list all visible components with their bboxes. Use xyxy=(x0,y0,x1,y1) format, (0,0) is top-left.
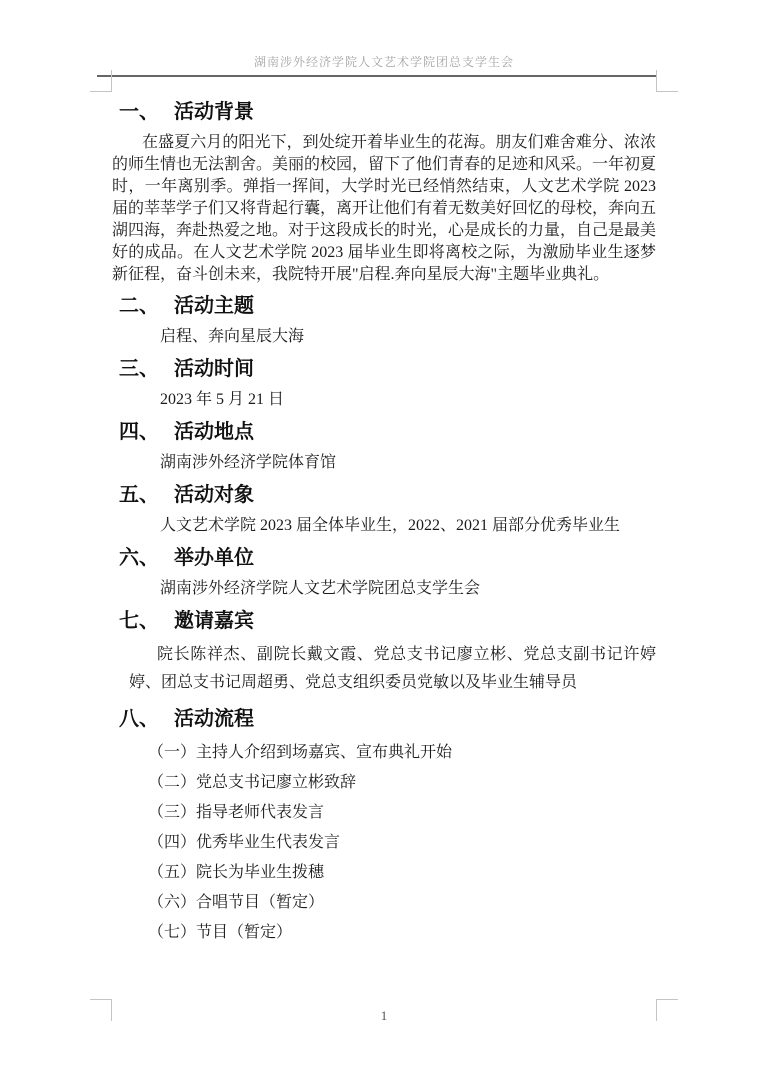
section-heading-guests: 七、邀请嘉宾 xyxy=(112,607,656,635)
running-header: 湖南涉外经济学院人文艺术学院团总支学生会 xyxy=(0,53,768,70)
document-body: 一、活动背景 在盛夏六月的阳光下，到处绽开着毕业生的花海。朋友们难舍难分、浓浓的… xyxy=(112,92,656,952)
section-heading-location: 四、活动地点 xyxy=(112,418,656,446)
flow-step-1: （一）主持人介绍到场嘉宾、宣布典礼开始 xyxy=(112,742,656,763)
section-heading-audience: 五、活动对象 xyxy=(112,481,656,509)
section-title: 举办单位 xyxy=(174,547,254,569)
section-title: 活动背景 xyxy=(174,101,254,123)
section-heading-process: 八、活动流程 xyxy=(112,705,656,733)
section-number: 三、 xyxy=(119,355,159,383)
section-number: 七、 xyxy=(119,607,159,635)
flow-step-4: （四）优秀毕业生代表发言 xyxy=(112,832,656,853)
section-number: 二、 xyxy=(119,292,159,320)
section-heading-theme: 二、活动主题 xyxy=(112,292,656,320)
flow-step-7: （七）节目（暂定） xyxy=(112,922,656,943)
flow-step-3: （三）指导老师代表发言 xyxy=(112,802,656,823)
section-number: 六、 xyxy=(119,544,159,572)
time-text: 2023 年 5 月 21 日 xyxy=(112,389,656,410)
text-boundary-mark-top-left xyxy=(90,70,112,92)
theme-text: 启程、奔向星辰大海 xyxy=(112,326,656,347)
location-text: 湖南涉外经济学院体育馆 xyxy=(112,452,656,473)
section-number: 五、 xyxy=(119,481,159,509)
section-title: 活动对象 xyxy=(174,484,254,506)
document-page: 湖南涉外经济学院人文艺术学院团总支学生会 一、活动背景 在盛夏六月的阳光下，到处… xyxy=(0,0,768,1087)
flow-step-6: （六）合唱节目（暂定） xyxy=(112,892,656,913)
flow-step-2: （二）党总支书记廖立彬致辞 xyxy=(112,772,656,793)
page-number: 1 xyxy=(0,1008,768,1024)
organizer-text: 湖南涉外经济学院人文艺术学院团总支学生会 xyxy=(112,578,656,599)
section-heading-background: 一、活动背景 xyxy=(112,98,656,126)
background-paragraph: 在盛夏六月的阳光下，到处绽开着毕业生的花海。朋友们难舍难分、浓浓的师生情也无法割… xyxy=(112,132,656,286)
section-heading-time: 三、活动时间 xyxy=(112,355,656,383)
header-rule xyxy=(97,75,657,77)
section-title: 活动主题 xyxy=(174,295,254,317)
flow-step-5: （五）院长为毕业生拨穗 xyxy=(112,862,656,883)
section-title: 活动时间 xyxy=(174,358,254,380)
section-heading-organizer: 六、举办单位 xyxy=(112,544,656,572)
guests-text: 院长陈祥杰、副院长戴文霞、党总支书记廖立彬、党总支副书记许婷婷、团总支书记周超勇… xyxy=(112,641,656,697)
section-number: 一、 xyxy=(119,98,159,126)
section-title: 邀请嘉宾 xyxy=(174,610,254,632)
section-title: 活动地点 xyxy=(174,421,254,443)
section-number: 八、 xyxy=(119,705,159,733)
section-number: 四、 xyxy=(119,418,159,446)
text-boundary-mark-top-right xyxy=(656,70,678,92)
section-title: 活动流程 xyxy=(174,708,254,730)
audience-text: 人文艺术学院 2023 届全体毕业生，2022、2021 届部分优秀毕业生 xyxy=(112,515,656,536)
